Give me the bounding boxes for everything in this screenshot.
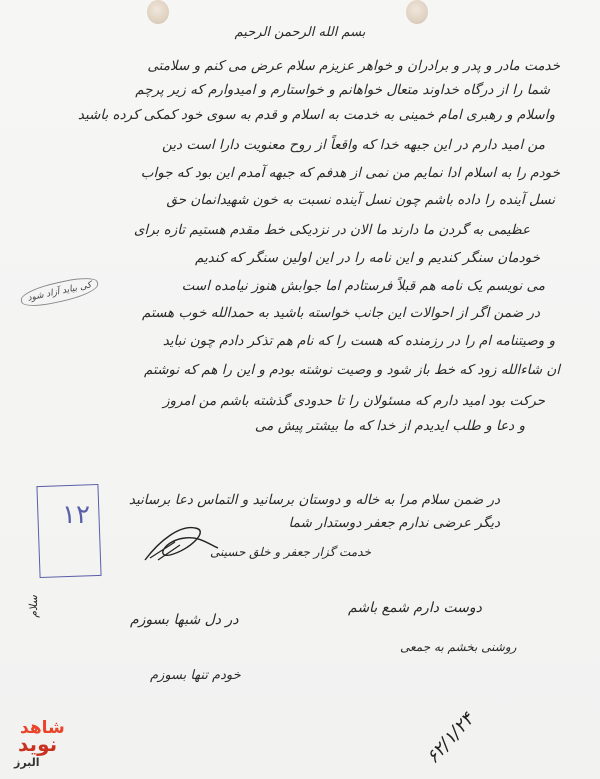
closing-line: خدمت گزار جعفر و خلق حسینی [210, 545, 371, 559]
poem-line1-right: دوست دارم شمع باشم [348, 600, 482, 616]
letter-line: در ضمن اگر از احوالات این جانب خواسته با… [142, 305, 540, 321]
letter-line: و وصیتنامه ام را در رزمنده که هست را که … [163, 333, 555, 349]
letter-line: حرکت بود امید دارم که مسئولان را تا حدود… [163, 393, 545, 409]
pin-mark-right [406, 0, 428, 24]
letter-line: دیگر عرضی ندارم جعفر دوستدار شما [289, 515, 500, 531]
pin-mark-left [147, 0, 169, 24]
letter-line: من امید دارم در این جبهه خدا که واقعاً ا… [162, 137, 545, 153]
letter-header-basmala: بسم الله الرحمن الرحیم [0, 25, 600, 40]
signature [140, 520, 220, 565]
blue-box-mark: ۱۲ [62, 500, 90, 530]
letter-date: ۶۲/۱/۲۴ [422, 709, 478, 768]
letter-line: شما را از درگاه خداوند متعال خواهانم و خ… [135, 82, 550, 98]
letter-line: ان شاءالله زود که خط باز شود و وصیت نوشت… [144, 362, 560, 378]
logo-line3: البرز [14, 756, 40, 769]
margin-note: کی بیاید آزاد شود [19, 274, 101, 310]
letter-line: خدمت مادر و پدر و برادران و خواهر عزیزم … [147, 58, 560, 74]
poem-line1-left: در دل شبها بسوزم [130, 612, 238, 628]
letter-line: می نویسم یک نامه هم قبلاً فرستادم اما جو… [182, 278, 545, 294]
letter-line: عظیمی به گردن ما دارند ما الان در نزدیکی… [134, 222, 530, 238]
blue-number-box [36, 484, 101, 578]
poem-line2-left: خودم تنها بسوزم [150, 668, 241, 683]
left-side-note: سلام [27, 595, 40, 618]
logo-line2: نوید [18, 734, 57, 754]
scanned-letter-page: بسم الله الرحمن الرحیم خدمت مادر و پدر و… [0, 0, 600, 779]
letter-line: نسل آینده را داده باشم چون نسل آینده نسب… [166, 192, 555, 208]
letter-line: خودمان سنگر کندیم و این نامه را در این ا… [195, 250, 540, 266]
letter-line: در ضمن سلام مرا به خاله و دوستان برسانید… [129, 492, 500, 508]
letter-line: و دعا و طلب ایدیدم از خدا که ما بیشتر پی… [255, 418, 525, 434]
poem-line2-right: روشنی بخشم به جمعی [400, 640, 516, 654]
letter-line: خودم را به اسلام ادا نمایم من نمی از هدف… [141, 165, 560, 181]
watermark-logo: شاهد نوید البرز [14, 720, 74, 772]
letter-line: واسلام و رهبری امام خمینی به خدمت به اسل… [78, 107, 555, 123]
